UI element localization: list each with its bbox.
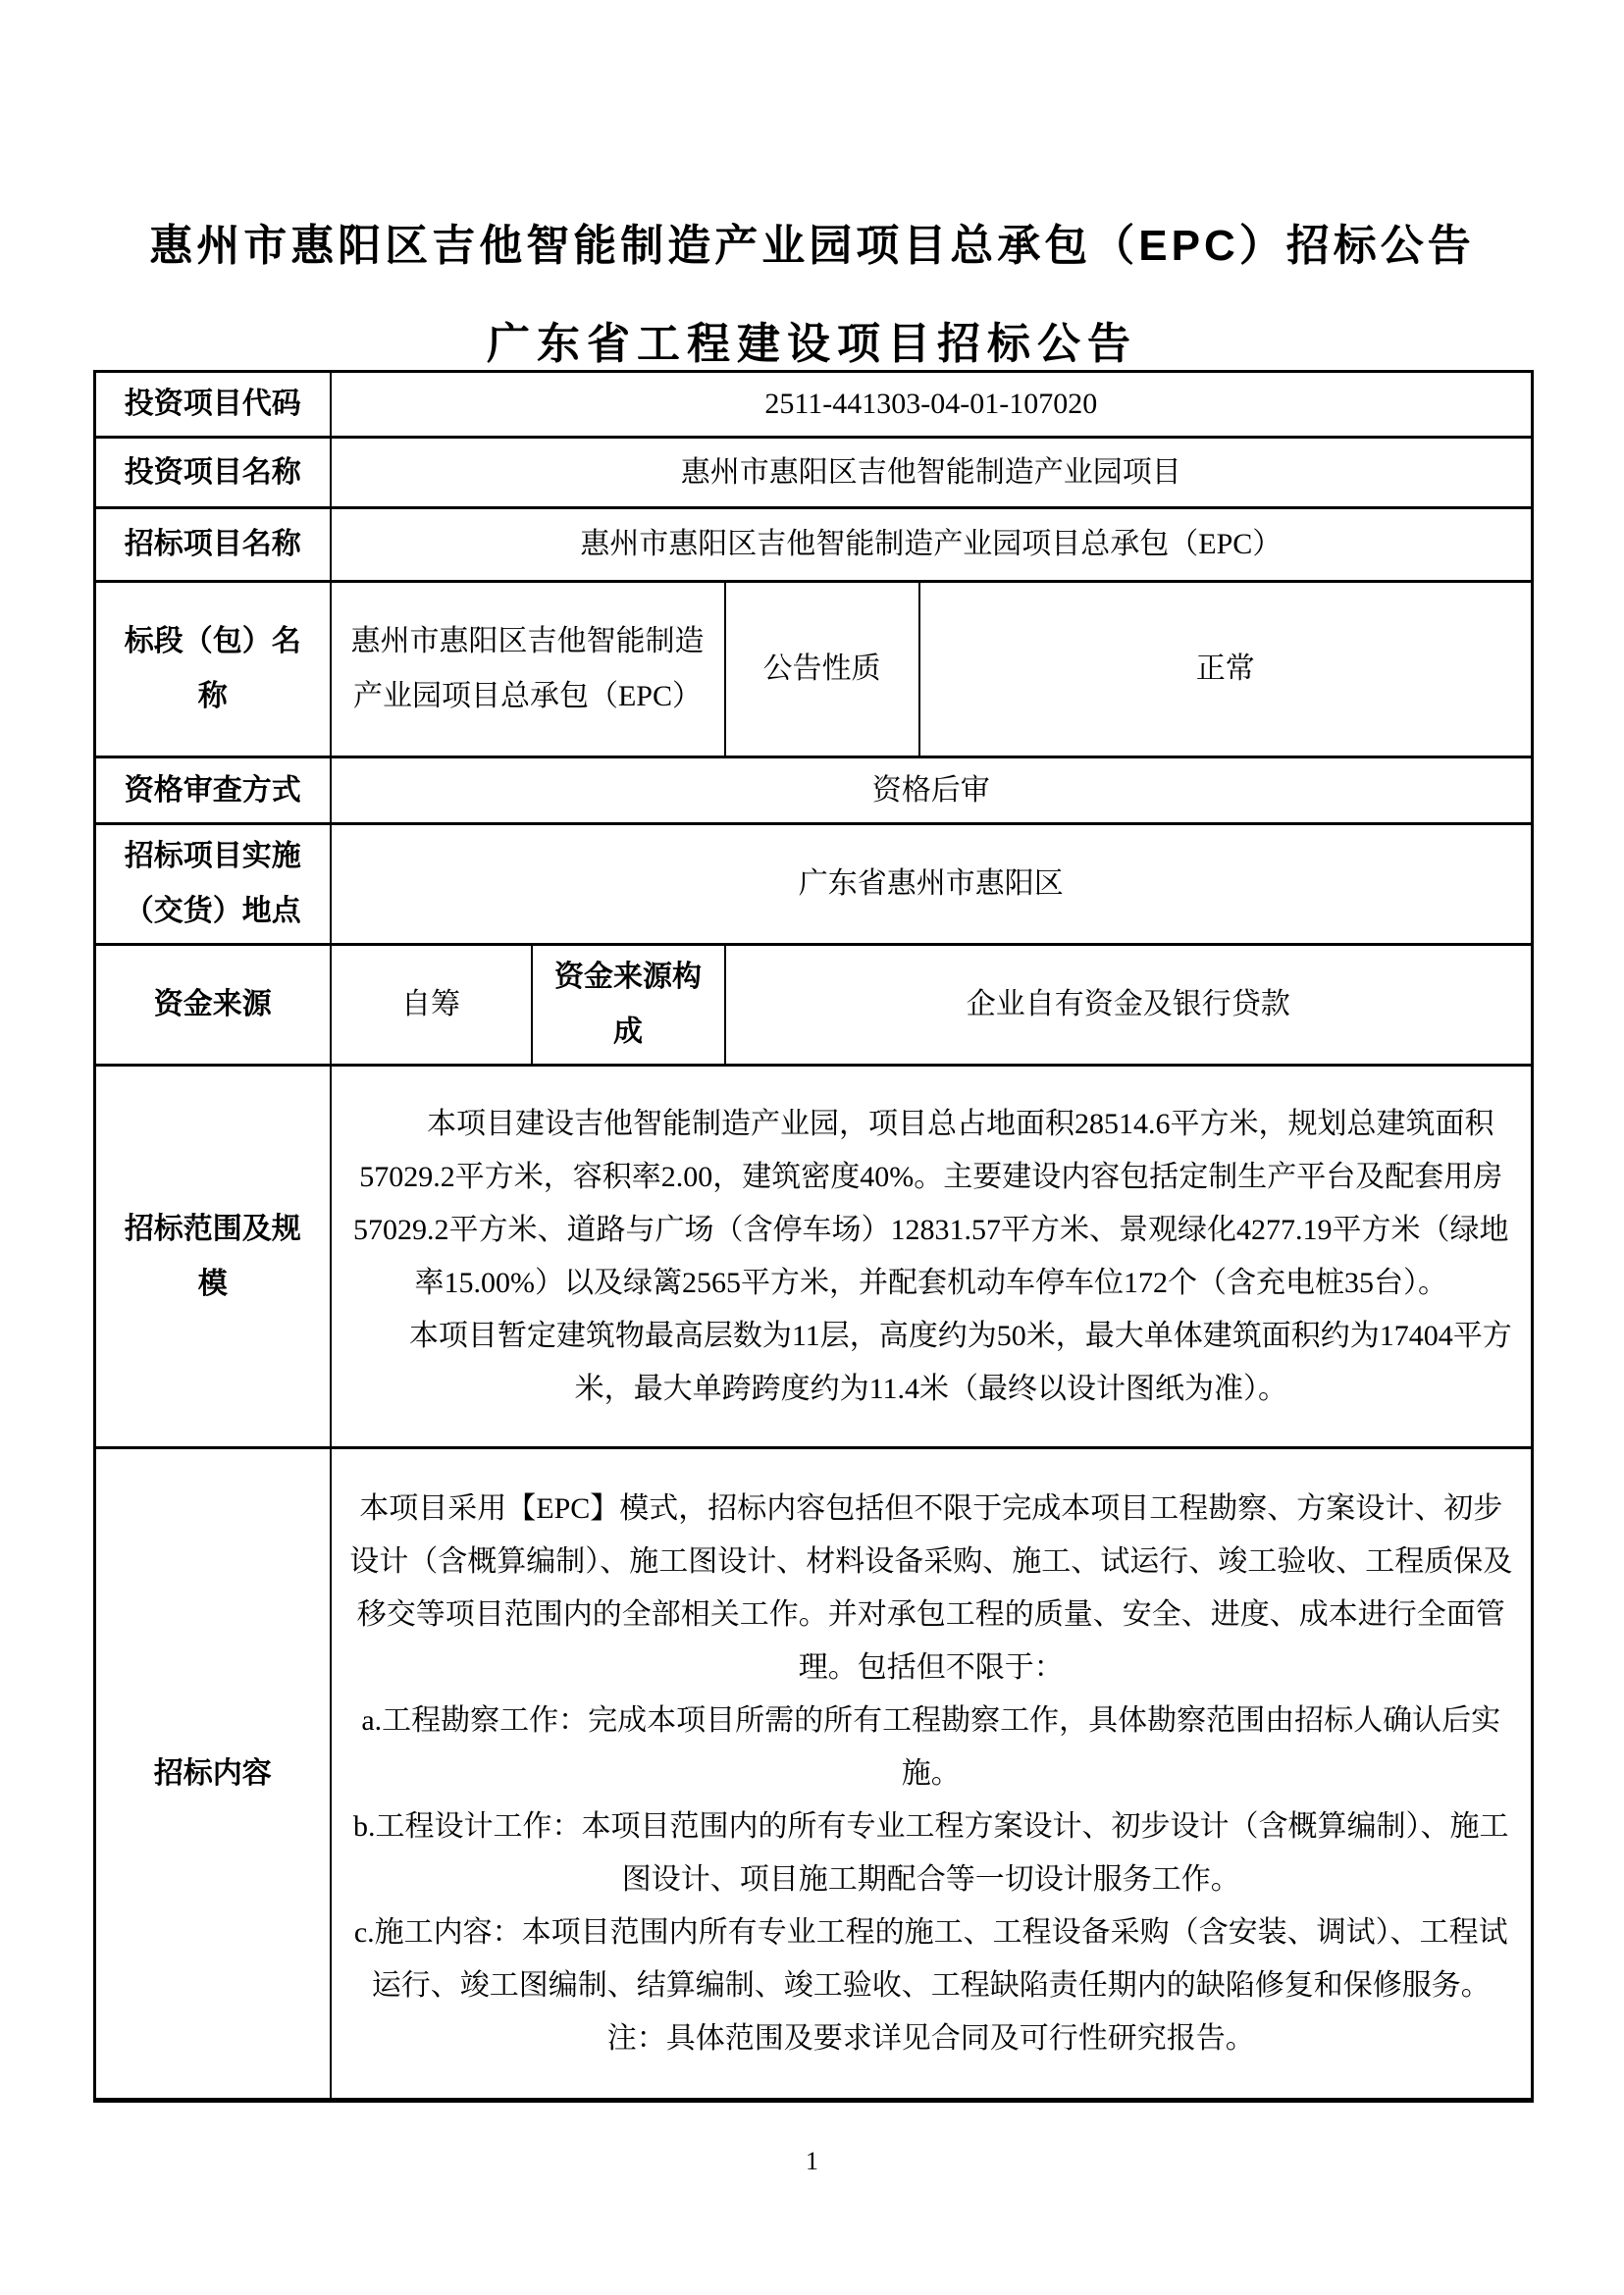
content-paragraph: a.工程勘察工作：完成本项目所需的所有工程勘察工作，具体勘察范围由招标人确认后实… bbox=[345, 1695, 1518, 1800]
value-tender-content: 本项目采用【EPC】模式，招标内容包括但不限于完成本项目工程勘察、方案设计、初步… bbox=[331, 1448, 1533, 2101]
content-paragraph: b.工程设计工作：本项目范围内的所有专业工程方案设计、初步设计（含概算编制）、施… bbox=[345, 1800, 1518, 1906]
value-bid-section-name: 惠州市惠阳区吉他智能制造产业园项目总承包（EPC） bbox=[331, 582, 725, 757]
label-funding-source: 资金来源 bbox=[95, 945, 331, 1066]
row-qualification-review: 资格审查方式 资格后审 bbox=[95, 757, 1533, 824]
row-tender-project-name: 招标项目名称 惠州市惠阳区吉他智能制造产业园项目总承包（EPC） bbox=[95, 508, 1533, 582]
row-investment-project-code: 投资项目代码 2511-441303-04-01-107020 bbox=[95, 372, 1533, 438]
label-qualification-review: 资格审查方式 bbox=[95, 757, 331, 824]
page-number: 1 bbox=[0, 2147, 1624, 2176]
label-investment-project-name: 投资项目名称 bbox=[95, 438, 331, 508]
value-investment-project-code: 2511-441303-04-01-107020 bbox=[331, 372, 1533, 438]
value-investment-project-name: 惠州市惠阳区吉他智能制造产业园项目 bbox=[331, 438, 1533, 508]
label-implementation-location: 招标项目实施（交货）地点 bbox=[95, 824, 331, 945]
value-tender-scope-and-scale: 本项目建设吉他智能制造产业园，项目总占地面积28514.6平方米，规划总建筑面积… bbox=[331, 1066, 1533, 1448]
content-paragraph: 本项目采用【EPC】模式，招标内容包括但不限于完成本项目工程勘察、方案设计、初步… bbox=[345, 1483, 1518, 1695]
label-tender-project-name: 招标项目名称 bbox=[95, 508, 331, 582]
row-funding-source: 资金来源 自筹 资金来源构成 企业自有资金及银行贷款 bbox=[95, 945, 1533, 1066]
value-announcement-nature: 正常 bbox=[919, 582, 1533, 757]
label-tender-content: 招标内容 bbox=[95, 1448, 331, 2101]
row-bid-section-name: 标段（包）名称 惠州市惠阳区吉他智能制造产业园项目总承包（EPC） 公告性质 正… bbox=[95, 582, 1533, 757]
row-tender-scope-and-scale: 招标范围及规模 本项目建设吉他智能制造产业园，项目总占地面积28514.6平方米… bbox=[95, 1066, 1533, 1448]
document-subtitle: 广东省工程建设项目招标公告 bbox=[0, 308, 1624, 371]
label-funding-composition: 资金来源构成 bbox=[532, 945, 725, 1066]
value-qualification-review: 资格后审 bbox=[331, 757, 1533, 824]
label-investment-project-code: 投资项目代码 bbox=[95, 372, 331, 438]
document-title: 惠州市惠阳区吉他智能制造产业园项目总承包（EPC）招标公告 bbox=[0, 210, 1624, 273]
tender-announcement-table: 投资项目代码 2511-441303-04-01-107020 投资项目名称 惠… bbox=[93, 370, 1534, 2103]
content-paragraph: 注：具体范围及要求详见合同及可行性研究报告。 bbox=[345, 2012, 1518, 2065]
scope-paragraph: 本项目暂定建筑物最高层数为11层，高度约为50米，最大单体建筑面积约为17404… bbox=[345, 1310, 1518, 1416]
row-implementation-location: 招标项目实施（交货）地点 广东省惠州市惠阳区 bbox=[95, 824, 1533, 945]
value-implementation-location: 广东省惠州市惠阳区 bbox=[331, 824, 1533, 945]
value-funding-source: 自筹 bbox=[331, 945, 532, 1066]
label-bid-section-name: 标段（包）名称 bbox=[95, 582, 331, 757]
value-tender-project-name: 惠州市惠阳区吉他智能制造产业园项目总承包（EPC） bbox=[331, 508, 1533, 582]
label-tender-scope-and-scale: 招标范围及规模 bbox=[95, 1066, 331, 1448]
scope-paragraph: 本项目建设吉他智能制造产业园，项目总占地面积28514.6平方米，规划总建筑面积… bbox=[345, 1098, 1518, 1310]
content-paragraph: c.施工内容：本项目范围内所有专业工程的施工、工程设备采购（含安装、调试）、工程… bbox=[345, 1906, 1518, 2012]
row-tender-content: 招标内容 本项目采用【EPC】模式，招标内容包括但不限于完成本项目工程勘察、方案… bbox=[95, 1448, 1533, 2101]
label-announcement-nature: 公告性质 bbox=[725, 582, 919, 757]
value-funding-composition: 企业自有资金及银行贷款 bbox=[725, 945, 1533, 1066]
row-investment-project-name: 投资项目名称 惠州市惠阳区吉他智能制造产业园项目 bbox=[95, 438, 1533, 508]
